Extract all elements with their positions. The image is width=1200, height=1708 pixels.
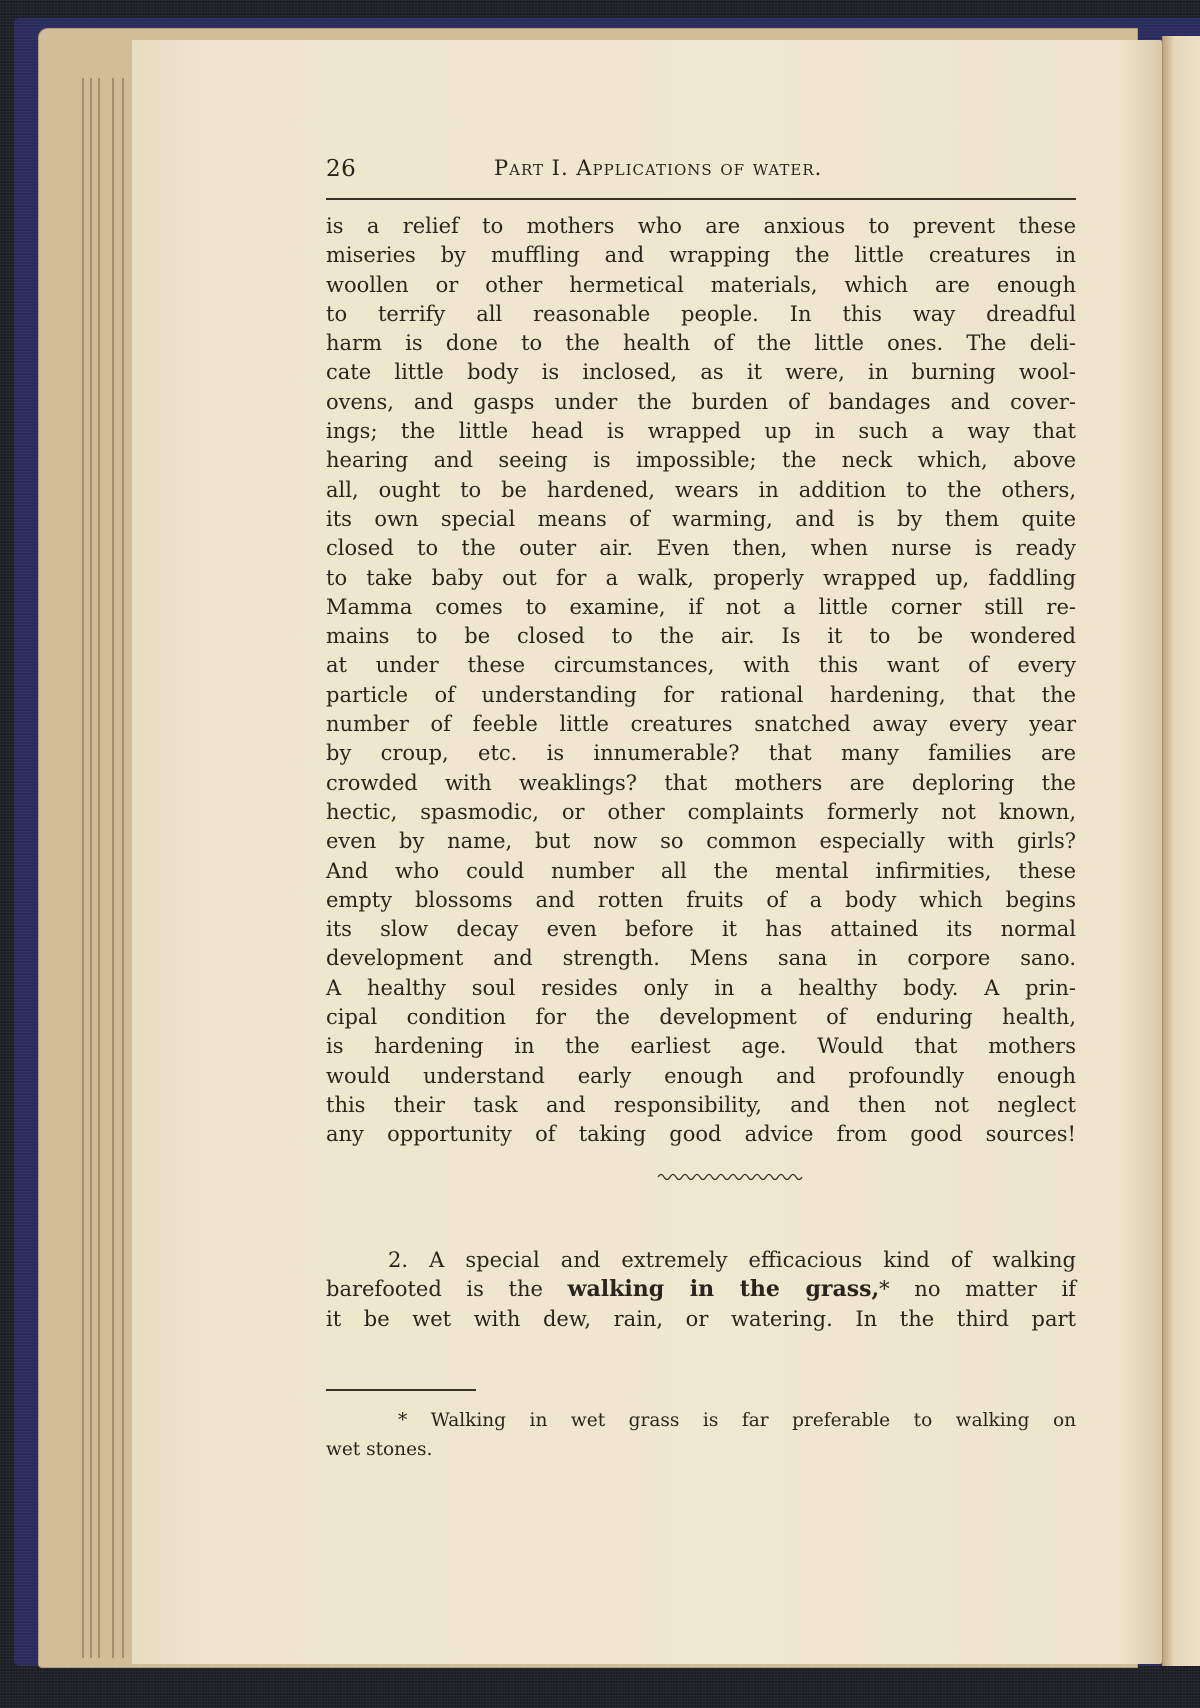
text-line: by croup, etc. is innumerable? that many…	[326, 739, 1076, 768]
text-line: at under these circumstances, with this …	[326, 651, 1076, 680]
text-line: hearing and seeing is impossible; the ne…	[326, 446, 1076, 475]
text-line: empty blossoms and rotten fruits of a bo…	[326, 886, 1076, 915]
text-line: A healthy soul resides only in a healthy…	[326, 974, 1076, 1003]
text-line: number of feeble little creatures snatch…	[326, 710, 1076, 739]
text-line: to terrify all reasonable people. In thi…	[326, 300, 1076, 329]
page-edge-line	[112, 78, 114, 1658]
text-line: cate little body is inclosed, as it were…	[326, 358, 1076, 387]
text-line: miseries by muffling and wrapping the li…	[326, 241, 1076, 270]
wavy-ornament-icon	[656, 1170, 806, 1182]
text-line: development and strength. Mens sana in c…	[326, 944, 1076, 973]
page-number: 26	[326, 156, 356, 182]
footnote-line: * Walking in wet grass is far preferable…	[326, 1408, 1076, 1437]
text-line: mains to be closed to the air. Is it to …	[326, 622, 1076, 651]
text-line: even by name, but now so common especial…	[326, 827, 1076, 856]
text-line: closed to the outer air. Even then, when…	[326, 534, 1076, 563]
text-line: harm is done to the health of the little…	[326, 329, 1076, 358]
text-run: barefooted is the	[326, 1277, 568, 1301]
text-line: is hardening in the earliest age. Would …	[326, 1032, 1076, 1061]
page-edge-line	[122, 78, 124, 1658]
text-line: ings; the little head is wrapped up in s…	[326, 417, 1076, 446]
footnote-line: wet stones.	[326, 1437, 1076, 1466]
emphasis-text: walking in the grass,	[568, 1276, 880, 1302]
text-line: any opportunity of taking good advice fr…	[326, 1120, 1076, 1149]
text-line: barefooted is the walking in the grass,*…	[326, 1275, 1076, 1304]
text-line: crowded with weaklings? that mothers are…	[326, 769, 1076, 798]
text-line: cipal condition for the development of e…	[326, 1003, 1076, 1032]
paragraph-2: 2. A special and extremely efficacious k…	[326, 1246, 1076, 1334]
running-head: 26 Part I. Applications of water.	[326, 150, 1076, 190]
text-line: is a relief to mothers who are anxious t…	[326, 212, 1076, 241]
chapter-title: Part I. Applications of water.	[494, 156, 822, 180]
text-line: this their task and responsibility, and …	[326, 1091, 1076, 1120]
facing-page-edge	[1162, 36, 1200, 1666]
text-line: would understand early enough and profou…	[326, 1062, 1076, 1091]
paragraph-1: is a relief to mothers who are anxious t…	[326, 212, 1076, 1150]
page-edge-line	[98, 78, 100, 1658]
text-line: And who could number all the mental infi…	[326, 857, 1076, 886]
text-line: particle of understanding for rational h…	[326, 681, 1076, 710]
text-line: its slow decay even before it has attain…	[326, 915, 1076, 944]
page-edge-line	[82, 78, 84, 1658]
text-line: woollen or other hermetical materials, w…	[326, 271, 1076, 300]
page-edge-line	[90, 78, 92, 1658]
page-text-block: 26 Part I. Applications of water. is a r…	[326, 150, 1076, 190]
text-line: it be wet with dew, rain, or watering. I…	[326, 1305, 1076, 1334]
text-line: Mamma comes to examine, if not a little …	[326, 593, 1076, 622]
text-line: all, ought to be hardened, wears in addi…	[326, 476, 1076, 505]
footnote-rule	[326, 1389, 476, 1391]
text-line: ovens, and gasps under the burden of ban…	[326, 388, 1076, 417]
footnote: * Walking in wet grass is far preferable…	[326, 1408, 1076, 1467]
text-line: its own special means of warming, and is…	[326, 505, 1076, 534]
text-run: * no matter if	[879, 1277, 1076, 1301]
text-line: hectic, spasmodic, or other complaints f…	[326, 798, 1076, 827]
header-rule	[326, 198, 1076, 200]
text-line: 2. A special and extremely efficacious k…	[326, 1246, 1076, 1275]
text-line: to take baby out for a walk, properly wr…	[326, 564, 1076, 593]
